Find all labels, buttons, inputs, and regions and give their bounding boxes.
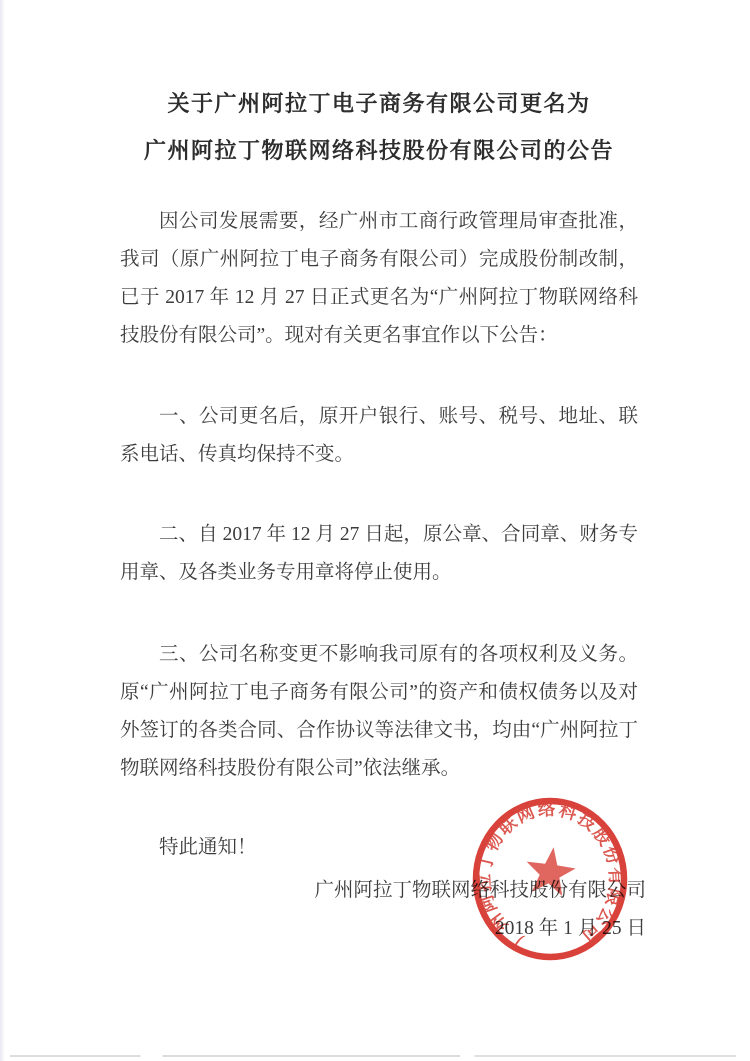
paragraph-item-2: 二、自 2017 年 12 月 27 日起，原公章、合同章、财务专用章、及各类业… (120, 516, 638, 592)
document-body: 因公司发展需要，经广州市工商行政管理局审查批准，我司（原广州阿拉丁电子商务有限公… (120, 203, 638, 948)
document-title-line-2: 广州阿拉丁物联网络科技股份有限公司的公告 (120, 127, 638, 174)
signature-block: 广州阿拉丁物联网络科技股份有限公司 2018 年 1 月 25 日 (120, 872, 646, 948)
paragraph-item-3: 三、公司名称变更不影响我司原有的各项权利及义务。原“广州阿拉丁电子商务有限公司”… (120, 636, 638, 788)
notice-line: 特此通知！ (120, 829, 638, 867)
scan-edge-bottom (10, 1055, 736, 1057)
scan-edge-left (0, 0, 5, 1061)
signature-date: 2018 年 1 月 25 日 (120, 910, 646, 948)
paragraph-intro: 因公司发展需要，经广州市工商行政管理局审查批准，我司（原广州阿拉丁电子商务有限公… (120, 203, 638, 355)
paragraph-item-1: 一、公司更名后，原开户银行、账号、税号、地址、联系电话、传真均保持不变。 (120, 398, 638, 474)
signature-company-name: 广州阿拉丁物联网络科技股份有限公司 (120, 872, 646, 910)
document-title: 关于广州阿拉丁电子商务有限公司更名为 广州阿拉丁物联网络科技股份有限公司的公告 (120, 80, 638, 174)
announcement-page: 关于广州阿拉丁电子商务有限公司更名为 广州阿拉丁物联网络科技股份有限公司的公告 … (0, 0, 750, 1061)
document-title-line-1: 关于广州阿拉丁电子商务有限公司更名为 (120, 80, 638, 127)
